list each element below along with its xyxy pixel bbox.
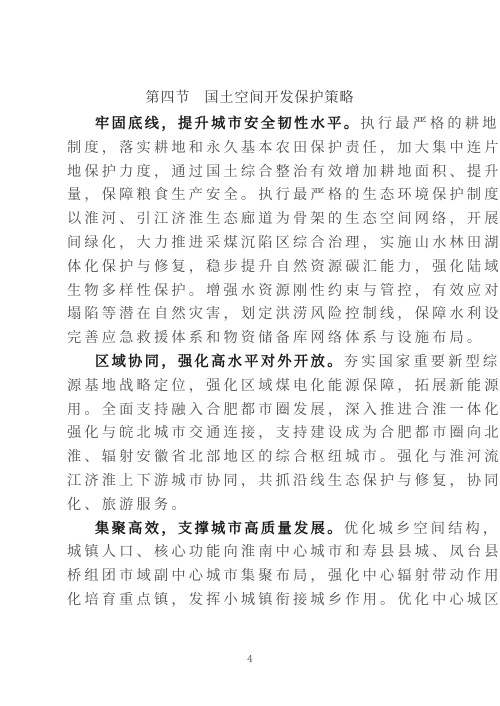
paragraph-1-line-1: 牢固底线，提升城市安全韧性水平。执行最严格的耕地保护 — [67, 113, 437, 137]
paragraph-2-line-1: 区域协同，强化高水平对外开放。夯实国家重要新型综合能 — [67, 351, 437, 375]
section-heading: 第四节国土空间开发保护策略 — [0, 88, 500, 108]
section-number: 第四节 — [146, 90, 191, 106]
paragraph-1-line: 塌陷等潜在自然灾害，划定洪涝风险控制线，保障水利设施建设， — [67, 303, 437, 327]
paragraph-1-line: 量，保障粮食生产安全。执行最严格的生态环境保护制度，优化 — [67, 184, 437, 208]
paragraph-2-line: 淮、辐射安徽省北部地区的综合枢纽城市。强化与淮河流域、引 — [67, 446, 437, 470]
paragraph-2-lead: 区域协同，强化高水平对外开放。 — [95, 354, 344, 370]
paragraph-3-line: 城镇人口、核心功能向淮南中心城市和寿县县城、凤台县城、新 — [67, 541, 437, 565]
paragraph-1-line: 体化保护与修复，稳步提升自然资源碳汇能力，强化陆域、水域 — [67, 256, 437, 280]
paragraph-1-line: 完善应急救援体系和物资储备库网络体系与设施布局。 — [67, 327, 437, 351]
paragraph-3-line: 化培育重点镇，发挥小城镇衔接城乡作用。优化中心城区结构， — [67, 589, 437, 613]
paragraph-1-line: 制度，落实耕地和永久基本农田保护责任，加大集中连片优质耕 — [67, 137, 437, 161]
paragraph-2-line: 用。全面支持融入合肥都市圈发展，深入推进合淮一体化建设， — [67, 399, 437, 423]
paragraph-2-line: 江济淮上下游城市协同，共抓沿线生态保护与修复，协同开展文 — [67, 470, 437, 494]
document-page: 第四节国土空间开发保护策略 牢固底线，提升城市安全韧性水平。执行最严格的耕地保护… — [0, 0, 500, 706]
paragraph-1-line: 以淮河、引江济淮生态廊道为骨架的生态空间网络，开展国土空 — [67, 208, 437, 232]
paragraph-2-line: 强化与皖北城市交通连接，支持建设成为合肥都市圈向北带动沿 — [67, 422, 437, 446]
section-title: 国土空间开发保护策略 — [205, 90, 355, 106]
paragraph-1-line: 地保护力度，通过国土综合整治有效增加耕地面积、提升耕地质 — [67, 161, 437, 185]
paragraph-2-line: 源基地战略定位，强化区域煤电化能源保障，拓展新能源开发利 — [67, 375, 437, 399]
paragraph-3-line-1: 集聚高效，支撑城市高质量发展。优化城乡空间结构，促进 — [67, 518, 437, 542]
paragraph-2-line: 化、旅游服务。 — [67, 494, 437, 518]
paragraph-3-line: 桥组团市域副中心城市集聚布局，强化中心辐射带动作用，特色 — [67, 565, 437, 589]
body-text: 牢固底线，提升城市安全韧性水平。执行最严格的耕地保护 制度，落实耕地和永久基本农… — [67, 113, 437, 613]
paragraph-1-lead: 牢固底线，提升城市安全韧性水平。 — [95, 116, 360, 132]
page-number: 4 — [0, 655, 500, 665]
paragraph-1-line: 间绿化，大力推进采煤沉陷区综合治理，实施山水林田湖草沙一 — [67, 232, 437, 256]
paragraph-1-line: 生物多样性保护。增强水资源刚性约束与管控，有效应对洪涝、 — [67, 280, 437, 304]
paragraph-3-lead: 集聚高效，支撑城市高质量发展。 — [95, 521, 344, 537]
